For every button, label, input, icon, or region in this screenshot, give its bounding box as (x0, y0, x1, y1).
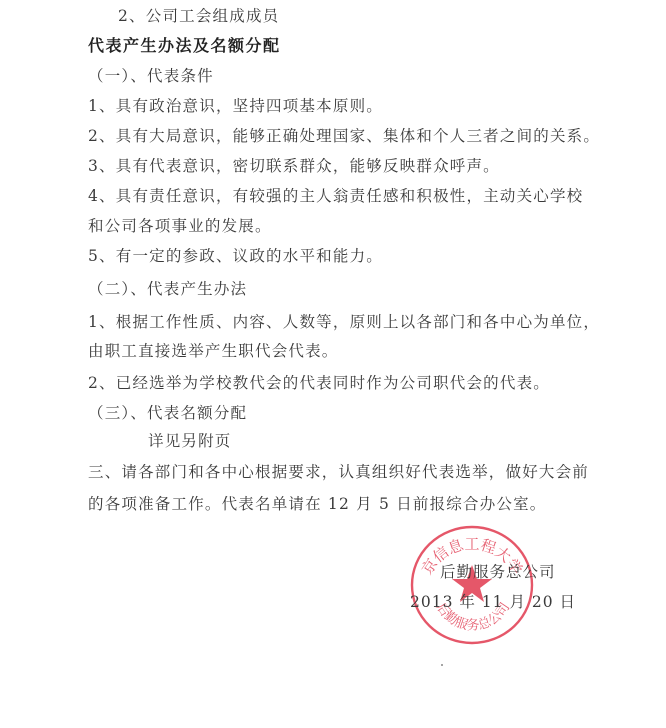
paragraph-line: 详见另附页 (148, 431, 232, 451)
paragraph-line: 1、根据工作性质、内容、人数等，原则上以各部门和各中心为单位， (88, 312, 600, 332)
paragraph-line: 2、公司工会组成成员 (118, 6, 279, 26)
paragraph-line: 三、请各部门和各中心根据要求，认真组织好代表选举，做好大会前 (88, 462, 589, 482)
scan-speck (441, 664, 443, 666)
paragraph-line: 2、已经选举为学校教代会的代表同时作为公司职代会的代表。 (88, 373, 550, 393)
paragraph-line: 的各项准备工作。代表名单请在 12 月 5 日前报综合办公室。 (88, 494, 547, 514)
paragraph-line: 和公司各项事业的发展。 (88, 216, 272, 236)
paragraph-line: 4、具有责任意识，有较强的主人翁责任感和积极性，主动关心学校 (88, 186, 583, 206)
paragraph-line: 3、具有代表意识，密切联系群众，能够反映群众呼声。 (88, 156, 500, 176)
signature-date: 2013 年 11 月 20 日 (410, 590, 576, 612)
signature-org: 后勤服务总公司 (440, 560, 556, 582)
section-heading: 代表产生办法及名额分配 (88, 36, 281, 56)
paragraph-line: （一）、代表条件 (88, 66, 214, 86)
seal-icon: 京信息工程大学 后勤服务总公司 (410, 525, 534, 645)
paragraph-line: 2、具有大局意识，能够正确处理国家、集体和个人三者之间的关系。 (88, 126, 600, 146)
paragraph-line: 1、具有政治意识，坚持四项基本原则。 (88, 96, 383, 116)
official-seal: 京信息工程大学 后勤服务总公司 (410, 525, 534, 645)
paragraph-line: 5、有一定的参政、议政的水平和能力。 (88, 246, 383, 266)
paragraph-line: （三）、代表名额分配 (88, 403, 247, 423)
paragraph-line: 由职工直接选举产生职代会代表。 (88, 341, 339, 361)
paragraph-line: （二）、代表产生办法 (88, 279, 247, 299)
